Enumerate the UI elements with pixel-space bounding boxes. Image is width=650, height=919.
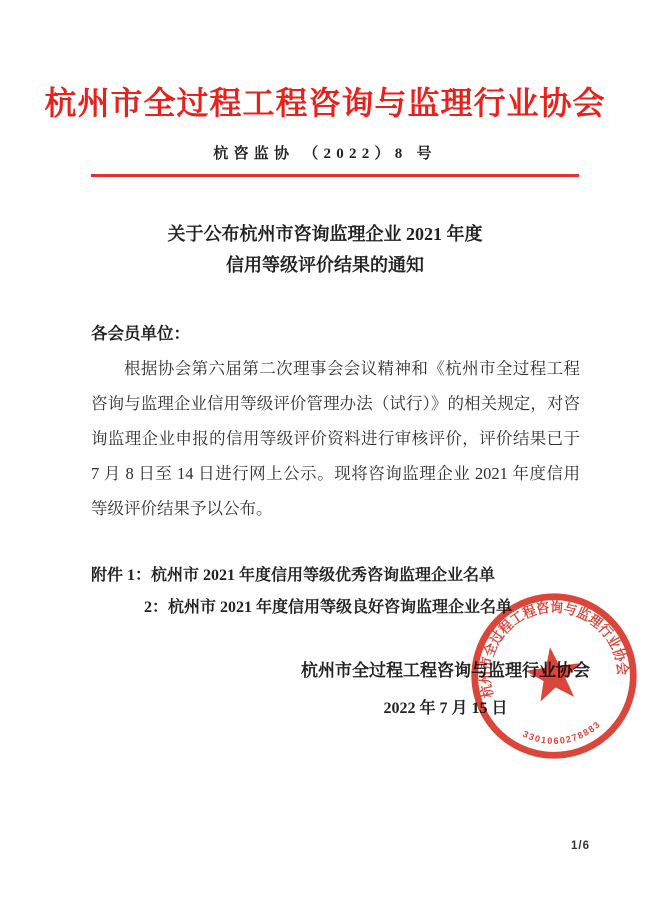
seal-group: 杭州市全过程工程咨询与监理行业协会 3301060278883	[467, 589, 641, 763]
notice-title-line1: 关于公布杭州市咨询监理企业 2021 年度	[0, 219, 650, 250]
official-seal: 杭州市全过程工程咨询与监理行业协会 3301060278883	[467, 589, 641, 763]
notice-title-line2: 信用等级评价结果的通知	[0, 250, 650, 281]
doc-number: 杭咨监协 （2022）8 号	[0, 142, 650, 163]
document-page: 杭州市全过程工程咨询与监理行业协会 杭咨监协 （2022）8 号 关于公布杭州市…	[0, 0, 650, 919]
star-icon	[523, 643, 585, 703]
body-paragraph: 根据协会第六届第二次理事会会议精神和《杭州市全过程工程咨询与监理企业信用等级评价…	[91, 351, 580, 526]
page-number: 1/6	[571, 840, 590, 852]
salutation: 各会员单位：	[91, 320, 190, 344]
notice-title: 关于公布杭州市咨询监理企业 2021 年度 信用等级评价结果的通知	[0, 219, 650, 281]
attachment-item-1: 附件 1：杭州市 2021 年度信用等级优秀咨询监理企业名单	[91, 560, 580, 592]
org-title: 杭州市全过程工程咨询与监理行业协会	[0, 78, 650, 124]
red-divider	[91, 174, 579, 177]
